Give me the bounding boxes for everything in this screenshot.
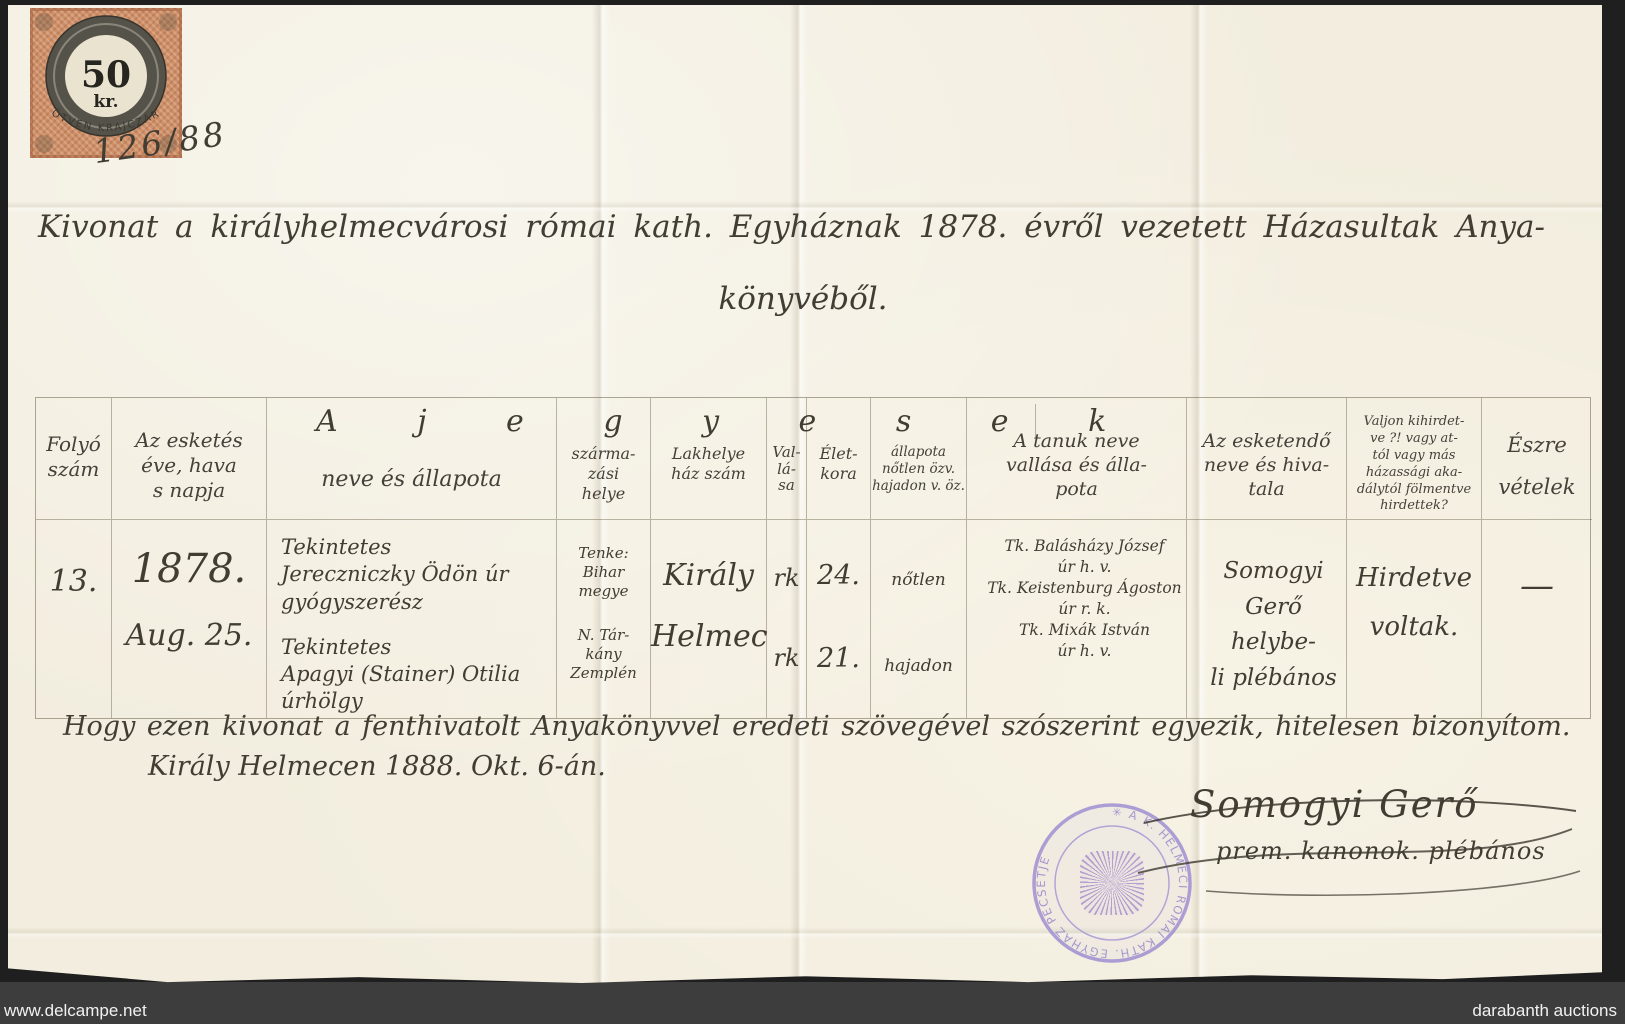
- cell-bride-status: hajadon: [871, 656, 966, 676]
- cell-religion: rk rk: [767, 520, 807, 718]
- cell-entry-number: 13.: [36, 520, 112, 718]
- col-header-folyo-szam: Folyó szám: [36, 398, 112, 520]
- cell-witnesses: Tk. Balásházy József úr h. v. Tk. Keiste…: [967, 520, 1187, 718]
- scanned-document-view: www.delcampe.net darabanth auctions 50 k…: [0, 0, 1625, 1024]
- cell-groom-name: Tekintetes Jereczniczky Ödön úr gyógysze…: [281, 534, 556, 616]
- cell-banns: Hirdetve voltak.: [1347, 520, 1482, 718]
- col-header-eskeves-datum: Az esketés éve, hava s napja: [112, 398, 267, 520]
- table-spread-title: A j e g y e s e k: [316, 404, 1036, 439]
- cell-date-year: 1878.: [112, 546, 266, 592]
- cell-origin: Tenke: Bihar megye N. Tár- kány Zemplén: [557, 520, 651, 718]
- signature-name: Somogyi Gerő: [1190, 783, 1479, 826]
- cell-residence: Király Helmec: [651, 520, 767, 718]
- cell-remarks: —: [1482, 520, 1592, 718]
- cell-date-day: Aug. 25.: [112, 618, 266, 653]
- col-header-eskevendo: Az esketendő neve és hiva- tala: [1187, 398, 1347, 520]
- cell-bride-age: 21.: [807, 643, 870, 674]
- watermark-left: www.delcampe.net: [4, 1001, 147, 1021]
- cell-date: 1878. Aug. 25.: [112, 520, 267, 718]
- cell-age: 24. 21.: [807, 520, 871, 718]
- document-title-line2: könyvéből.: [638, 281, 968, 317]
- stamp-unit: kr.: [93, 92, 118, 112]
- cell-groom-age: 24.: [807, 560, 870, 591]
- cell-bride-origin: N. Tár- kány Zemplén: [557, 626, 650, 682]
- stamp-value: 50: [81, 54, 131, 96]
- certification-line1: Hogy ezen kivonat a fenthivatolt Anyakön…: [63, 711, 1543, 742]
- col-header-eszrevetelek: Észre vételek: [1482, 398, 1592, 520]
- cell-groom-status: nőtlen: [871, 570, 966, 590]
- watermark-right: darabanth auctions: [1472, 1001, 1617, 1021]
- cell-groom-origin: Tenke: Bihar megye: [557, 544, 650, 600]
- col-header-kihirdetes: Valjon kihirdet- ve ?! vagy at- tól vagy…: [1347, 398, 1482, 520]
- cell-status: nőtlen hajadon: [871, 520, 967, 718]
- signature-title: prem. kanonok. plébános: [1216, 837, 1546, 865]
- cell-bride-religion: rk: [767, 644, 806, 672]
- cell-groom-religion: rk: [767, 564, 806, 592]
- certification-line2: Király Helmecen 1888. Okt. 6-án.: [148, 751, 606, 782]
- document-title-line1: Kivonat a királyhelmecvárosi római kath.…: [38, 209, 1583, 245]
- registry-table: Folyó szám Az esketés éve, hava s napja …: [35, 397, 1591, 719]
- document-paper: 50 kr. ÖTVEN KRAJCZÁR 126/88 Kivonat a k…: [8, 5, 1602, 986]
- cell-officiant: Somogyi Gerő helybe- li plébános: [1187, 520, 1347, 718]
- cell-residence-top: Király: [651, 558, 766, 593]
- cell-couple: Tekintetes Jereczniczky Ödön úr gyógysze…: [267, 520, 557, 718]
- paper-crease: [8, 927, 1602, 939]
- watermark-bar: www.delcampe.net darabanth auctions: [0, 982, 1625, 1024]
- cell-bride-name: Tekintetes Apagyi (Stainer) Otilia úrhöl…: [281, 634, 556, 716]
- cell-residence-bottom: Helmec: [651, 619, 766, 654]
- seal-center-emblem: [1080, 851, 1144, 915]
